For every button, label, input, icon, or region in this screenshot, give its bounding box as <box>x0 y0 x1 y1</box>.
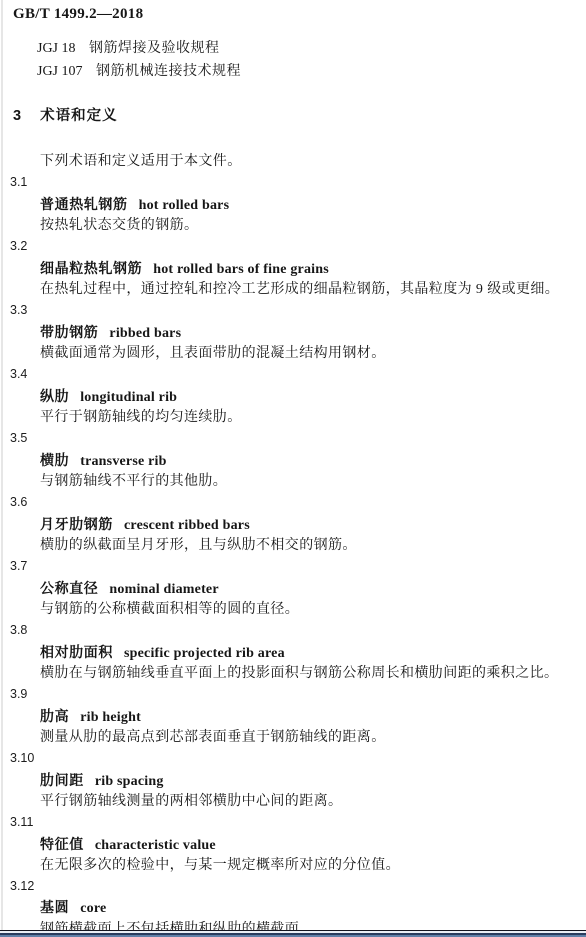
reference-title: 钢筋焊接及验收规程 <box>89 37 220 60</box>
term-definition: 与钢筋轴线不平行的其他肋。 <box>0 471 586 492</box>
terms-and-definitions: 下列术语和定义适用于本文件。 3.1 普通热轧钢筋hot rolled bars… <box>0 151 586 937</box>
term-english: longitudinal rib <box>80 390 177 405</box>
section-number: 3 <box>13 108 21 124</box>
term-number: 3.9 <box>0 684 586 705</box>
normative-references: JGJ 18 钢筋焊接及验收规程 JGJ 107 钢筋机械连接技术规程 <box>37 37 241 83</box>
term-number: 3.12 <box>0 876 586 897</box>
term-number: 3.3 <box>0 300 586 321</box>
term-chinese: 细晶粒热轧钢筋 <box>40 260 142 276</box>
term-entry: 特征值characteristic value <box>0 834 586 855</box>
document-standard-number: GB/T 1499.2—2018 <box>13 6 143 23</box>
term-number: 3.10 <box>0 748 586 769</box>
term-english: core <box>80 901 106 916</box>
term-definition: 与钢筋的公称横截面积相等的圆的直径。 <box>0 599 586 620</box>
term-entry: 细晶粒热轧钢筋hot rolled bars of fine grains <box>0 258 586 279</box>
term-entry: 普通热轧钢筋hot rolled bars <box>0 194 586 215</box>
section-title: 术语和定义 <box>40 108 118 124</box>
term-definition: 平行钢筋轴线测量的两相邻横肋中心间的距离。 <box>0 791 586 812</box>
term-number: 3.4 <box>0 364 586 385</box>
reference-item: JGJ 18 钢筋焊接及验收规程 <box>37 37 241 60</box>
term-entry: 纵肋longitudinal rib <box>0 386 586 407</box>
term-english: rib spacing <box>95 774 164 789</box>
term-english: hot rolled bars <box>139 198 230 213</box>
term-entry: 相对肋面积specific projected rib area <box>0 642 586 663</box>
term-chinese: 纵肋 <box>40 388 69 404</box>
reference-item: JGJ 107 钢筋机械连接技术规程 <box>37 60 241 83</box>
term-chinese: 普通热轧钢筋 <box>40 196 128 212</box>
term-english: nominal diameter <box>109 582 218 597</box>
term-chinese: 横肋 <box>40 452 69 468</box>
term-number: 3.8 <box>0 620 586 641</box>
term-number: 3.7 <box>0 556 586 577</box>
term-chinese: 肋高 <box>40 708 69 724</box>
term-entry: 肋间距rib spacing <box>0 770 586 791</box>
term-english: rib height <box>80 710 141 725</box>
term-definition: 在无限多次的检验中，与某一规定概率所对应的分位值。 <box>0 855 586 876</box>
term-entry: 肋高rib height <box>0 706 586 727</box>
reference-code: JGJ 18 <box>37 37 76 60</box>
term-english: crescent ribbed bars <box>124 518 250 533</box>
term-chinese: 相对肋面积 <box>40 644 113 660</box>
term-definition: 测量从肋的最高点到芯部表面垂直于钢筋轴线的距离。 <box>0 727 586 748</box>
term-number: 3.1 <box>0 172 586 193</box>
term-chinese: 月牙肋钢筋 <box>40 516 113 532</box>
term-entry: 横肋transverse rib <box>0 450 586 471</box>
reference-code: JGJ 107 <box>37 60 83 83</box>
term-english: specific projected rib area <box>124 646 285 661</box>
term-chinese: 肋间距 <box>40 772 84 788</box>
term-entry: 月牙肋钢筋crescent ribbed bars <box>0 514 586 535</box>
term-definition: 横肋的纵截面呈月牙形，且与纵肋不相交的钢筋。 <box>0 535 586 556</box>
term-number: 3.6 <box>0 492 586 513</box>
term-definition: 在热轧过程中，通过控轧和控冷工艺形成的细晶粒钢筋，其晶粒度为 9 级或更细。 <box>0 279 586 300</box>
document-page: GB/T 1499.2—2018 JGJ 18 钢筋焊接及验收规程 JGJ 10… <box>0 0 586 937</box>
term-english: ribbed bars <box>109 326 181 341</box>
term-entry: 基圆core <box>0 897 586 918</box>
term-entry: 公称直径nominal diameter <box>0 578 586 599</box>
term-number: 3.2 <box>0 236 586 257</box>
term-number: 3.11 <box>0 812 586 833</box>
term-definition: 横截面通常为圆形，且表面带肋的混凝土结构用钢材。 <box>0 343 586 364</box>
term-chinese: 带肋钢筋 <box>40 324 98 340</box>
term-entry: 带肋钢筋ribbed bars <box>0 322 586 343</box>
term-english: characteristic value <box>95 838 216 853</box>
term-definition: 平行于钢筋轴线的均匀连续肋。 <box>0 407 586 428</box>
reference-title: 钢筋机械连接技术规程 <box>96 60 241 83</box>
section-intro: 下列术语和定义适用于本文件。 <box>0 151 586 172</box>
term-chinese: 公称直径 <box>40 580 98 596</box>
term-chinese: 基圆 <box>40 899 69 915</box>
term-number: 3.5 <box>0 428 586 449</box>
term-definition: 横肋在与钢筋轴线垂直平面上的投影面积与钢筋公称周长和横肋间距的乘积之比。 <box>0 663 586 684</box>
section-heading: 3 术语和定义 <box>13 104 118 125</box>
term-chinese: 特征值 <box>40 836 84 852</box>
term-english: hot rolled bars of fine grains <box>153 262 329 277</box>
window-bottom-border <box>0 930 586 937</box>
term-english: transverse rib <box>80 454 166 469</box>
term-definition: 按热轧状态交货的钢筋。 <box>0 215 586 236</box>
